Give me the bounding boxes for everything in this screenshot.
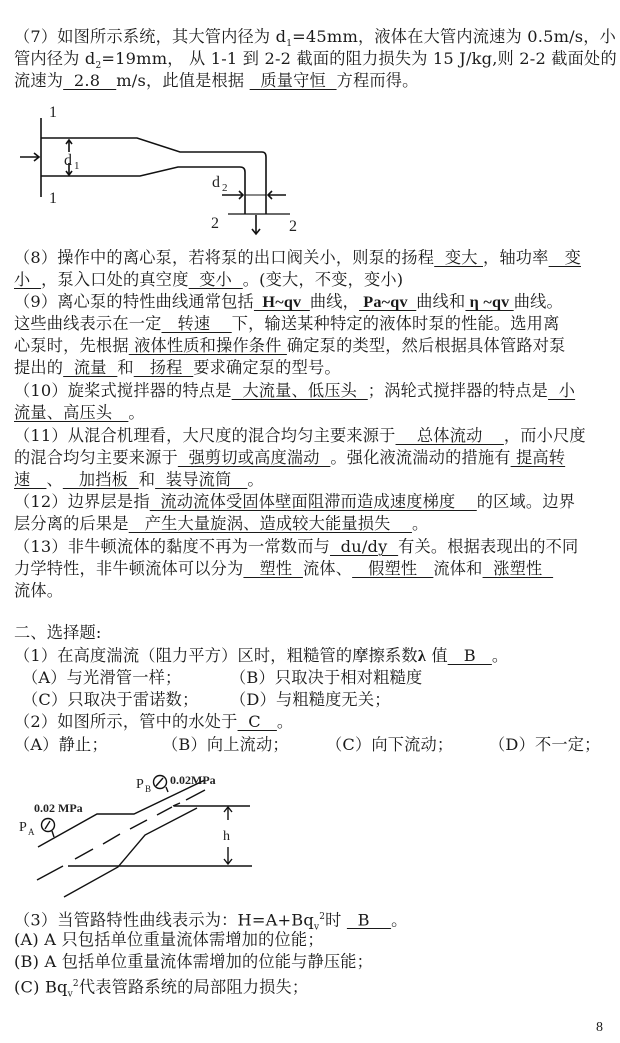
text: 。 bbox=[412, 514, 428, 533]
answer-blank: 小 bbox=[14, 270, 41, 289]
text: =19mm， 从 1-1 到 2-2 截面的阻力损失为 15 J/kg,则 2-… bbox=[101, 49, 616, 68]
d2-sub: 2 bbox=[222, 182, 228, 194]
text: （7）如图所示系统，其大管内径为 d bbox=[14, 27, 286, 46]
d1-label: d bbox=[64, 152, 72, 169]
text: 。(变大，不变，变小) bbox=[243, 270, 404, 289]
answer-blank: 流量 bbox=[63, 358, 117, 377]
text: （3）当管路特性曲线表示为：H=A+Bq bbox=[14, 910, 314, 929]
pb-sub: B bbox=[145, 784, 151, 794]
text: 。强化液流湍动的措施有 bbox=[330, 448, 510, 467]
text: 提出的 bbox=[14, 358, 63, 377]
lambda-symbol: λ bbox=[418, 647, 426, 665]
text: ，而小尺度 bbox=[504, 426, 586, 445]
s2-q1-opt-c: （C）只取决于雷诺数； bbox=[22, 689, 198, 711]
text: （10）旋桨式搅拌器的特点是 bbox=[14, 381, 232, 400]
s2-q2-stem: （2）如图所示，管中的水处于 C 。 bbox=[14, 711, 293, 733]
text: 。 bbox=[247, 470, 263, 489]
q13-line1: （13）非牛顿流体的黏度不再为一常数而与 du/dy 有关。根据表现出的不同 bbox=[14, 536, 578, 558]
pipe-reduction-diagram: 1 1 d 1 d 2 2 2 bbox=[0, 95, 320, 245]
pb-value: 0.02MPa bbox=[170, 773, 216, 787]
s2-q1-opt-b: （B）只取决于相对粗糙度 bbox=[230, 667, 422, 689]
text: （12）边界层是指 bbox=[14, 492, 150, 511]
answer-blank: 大流量、低压头 bbox=[232, 381, 368, 400]
q7-line3: 流速为 2.8 m/s，此值是根据 质量守恒 方程而得。 bbox=[14, 70, 419, 92]
s2-q3-opt-c: (C) Bqv2代表管路系统的局部阻力损失； bbox=[14, 973, 308, 1006]
q12-line1: （12）边界层是指 流动流体受固体壁面阻滞而造成速度梯度 的区域。边界 bbox=[14, 491, 575, 513]
text: 、 bbox=[46, 470, 62, 489]
answer-blank: η ~qv bbox=[465, 293, 513, 311]
text: 层分离的后果是 bbox=[14, 514, 129, 533]
s2-q3-opt-b: (B) A 包括单位重量流体需增加的位能与静压能； bbox=[14, 951, 373, 973]
answer-blank: H~qv bbox=[254, 293, 310, 311]
text: 流体、 bbox=[303, 559, 352, 578]
section-label-1-top: 1 bbox=[49, 104, 57, 121]
text: （9）离心泵的特性曲线通常包括 bbox=[14, 292, 254, 311]
q13-line3: 流体。 bbox=[14, 580, 63, 602]
answer-blank: 总体流动 bbox=[396, 426, 504, 445]
pa-value: 0.02 MPa bbox=[34, 801, 83, 815]
text: 。 bbox=[391, 910, 407, 929]
q9-line4: 提出的 流量 和 扬程 要求确定泵的型号。 bbox=[14, 357, 341, 379]
text: 时 bbox=[325, 910, 347, 929]
q8-line1: （8）操作中的离心泵，若将泵的出口阀关小，则泵的扬程 变大 ，轴功率 变 bbox=[14, 247, 581, 269]
s2-q2-opt-a: （A）静止； bbox=[14, 734, 108, 756]
s2-q2-opt-d: （D）不一定； bbox=[489, 734, 601, 756]
text: 确定泵的类型，然后根据具体管路对泵 bbox=[287, 336, 566, 355]
text: 。 bbox=[277, 712, 293, 731]
section-label-2-left: 2 bbox=[211, 215, 219, 232]
subscript: v bbox=[68, 990, 73, 1000]
answer-blank: 扬程 bbox=[134, 358, 194, 377]
answer-blank: 变小 bbox=[189, 270, 243, 289]
text: =45mm，液体在大管内流速为 0.5m/s，小 bbox=[292, 27, 616, 46]
answer-blank: 流动流体受固体壁面阻滞而造成速度梯度 bbox=[150, 492, 477, 511]
text: （11）从混合机理看，大尺度的混合均匀主要来源于 bbox=[14, 426, 396, 445]
answer-blank: 变 bbox=[549, 248, 581, 267]
text: （1）在高度湍流（阻力平方）区时，粗糙管的摩擦系数 bbox=[14, 646, 418, 665]
text: （8）操作中的离心泵，若将泵的出口阀关小，则泵的扬程 bbox=[14, 248, 434, 267]
text: ，轴功率 bbox=[483, 248, 549, 267]
text: ，泵入口处的真空度 bbox=[41, 270, 189, 289]
text: 代表管路系统的局部阻力损失； bbox=[79, 977, 308, 996]
answer-blank: 变大 bbox=[434, 248, 483, 267]
answer-blank: B bbox=[347, 910, 391, 929]
text: 这些曲线表示在一定 bbox=[14, 314, 162, 333]
answer-blank: 速 bbox=[14, 470, 46, 489]
pa-label: P bbox=[19, 820, 27, 835]
text: 曲线， bbox=[310, 292, 359, 311]
inclined-pipe-diagram: P B 0.02MPa 0.02 MPa P A h bbox=[0, 760, 320, 910]
text: 曲线。 bbox=[514, 292, 563, 311]
q11-line3: 速 、 加挡板 和 装导流筒 。 bbox=[14, 469, 264, 491]
answer-blank: 塑性 bbox=[243, 559, 303, 578]
q9-line2: 这些曲线表示在一定 转速 下，输送某种特定的液体时泵的性能。选用离 bbox=[14, 313, 559, 335]
text: 力学特性，非牛顿流体可以分为 bbox=[14, 559, 243, 578]
text: 和 bbox=[139, 470, 155, 489]
answer-blank: C bbox=[238, 712, 277, 731]
h-label: h bbox=[223, 829, 230, 844]
answer-blank: 2.8 bbox=[63, 71, 116, 90]
text: 。 bbox=[492, 646, 508, 665]
q9-line3: 心泵时，先根据 液体性质和操作条件 确定泵的类型，然后根据具体管路对泵 bbox=[14, 335, 566, 357]
q9-line1: （9）离心泵的特性曲线通常包括 H~qv 曲线， Pa~qv 曲线和 η ~qv… bbox=[14, 291, 563, 313]
d1-sub: 1 bbox=[74, 160, 80, 172]
s2-q1-opt-a: （A）与光滑管一样； bbox=[22, 667, 181, 689]
text: 流体。 bbox=[14, 581, 63, 600]
q8-line2: 小 ，泵入口处的真空度 变小 。(变大，不变，变小) bbox=[14, 269, 403, 291]
s2-q2-opt-b: （B）向上流动； bbox=[162, 734, 289, 756]
q12-line2: 层分离的后果是 产生大量旋涡、造成较大能量损失 。 bbox=[14, 513, 428, 535]
text: 要求确定泵的型号。 bbox=[193, 358, 341, 377]
q10-line2: 流量、高压头 。 bbox=[14, 402, 145, 424]
answer-blank: 假塑性 bbox=[352, 559, 433, 578]
text: 。 bbox=[128, 403, 144, 422]
answer-blank: 流量、高压头 bbox=[14, 403, 128, 422]
answer-blank: 涨塑性 bbox=[483, 559, 554, 578]
answer-blank: 质量守恒 bbox=[250, 71, 337, 90]
text: 有关。根据表现出的不同 bbox=[398, 537, 578, 556]
text: 管内径为 d bbox=[14, 49, 95, 68]
q10-line1: （10）旋桨式搅拌器的特点是 大流量、低压头 ；涡轮式搅拌器的特点是 小 bbox=[14, 380, 575, 402]
answer-blank: 加挡板 bbox=[63, 470, 139, 489]
section2-title: 二、选择题: bbox=[14, 622, 102, 644]
text: 方程而得。 bbox=[337, 71, 419, 90]
text: (C) Bq bbox=[14, 977, 68, 996]
text: 和 bbox=[117, 358, 133, 377]
answer-blank: B bbox=[448, 646, 492, 665]
answer-blank: 小 bbox=[548, 381, 575, 400]
text: 的混合均匀主要来源于 bbox=[14, 448, 178, 467]
answer-blank: 转速 bbox=[162, 314, 232, 333]
text: （13）非牛顿流体的黏度不再为一常数而与 bbox=[14, 537, 330, 556]
answer-blank: 强剪切或高度湍动 bbox=[178, 448, 330, 467]
q11-line1: （11）从混合机理看，大尺度的混合均匀主要来源于 总体流动 ，而小尺度 bbox=[14, 425, 586, 447]
s2-q1-opt-d: （D）与粗糙度无关； bbox=[230, 689, 391, 711]
s2-q2-opt-c: （C）向下流动； bbox=[326, 734, 453, 756]
pa-sub: A bbox=[28, 827, 35, 837]
q13-line2: 力学特性，非牛顿流体可以分为 塑性 流体、 假塑性 流体和 涨塑性 bbox=[14, 558, 553, 580]
answer-blank: 装导流筒 bbox=[155, 470, 247, 489]
text: ；涡轮式搅拌器的特点是 bbox=[368, 381, 548, 400]
text: 下，输送某种特定的液体时泵的性能。选用离 bbox=[232, 314, 560, 333]
answer-blank: Pa~qv bbox=[359, 293, 416, 311]
text: 流速为 bbox=[14, 71, 63, 90]
d2-label: d bbox=[212, 174, 220, 191]
section-label-1-bottom: 1 bbox=[49, 190, 57, 207]
pb-label: P bbox=[136, 777, 144, 792]
text: 心泵时，先根据 bbox=[14, 336, 129, 355]
s2-q3-opt-a: (A) A 只包括单位重量流体需增加的位能； bbox=[14, 929, 324, 951]
answer-blank: 产生大量旋涡、造成较大能量损失 bbox=[129, 514, 412, 533]
text: 的区域。边界 bbox=[477, 492, 575, 511]
q11-line2: 的混合均匀主要来源于 强剪切或高度湍动 。强化液流湍动的措施有 提高转 bbox=[14, 447, 565, 469]
page-number: 8 bbox=[596, 1020, 603, 1036]
answer-blank: 提高转 bbox=[511, 448, 566, 467]
text: （2）如图所示，管中的水处于 bbox=[14, 712, 238, 731]
section-label-2-right: 2 bbox=[289, 218, 297, 235]
answer-blank: du/dy bbox=[330, 537, 398, 556]
text: 值 bbox=[426, 646, 448, 665]
text: 流体和 bbox=[433, 559, 482, 578]
answer-blank: 液体性质和操作条件 bbox=[129, 336, 287, 355]
text: m/s，此值是根据 bbox=[116, 71, 249, 90]
s2-q1-stem: （1）在高度湍流（阻力平方）区时，粗糙管的摩擦系数λ 值 B 。 bbox=[14, 645, 508, 667]
text: 曲线和 bbox=[416, 292, 465, 311]
